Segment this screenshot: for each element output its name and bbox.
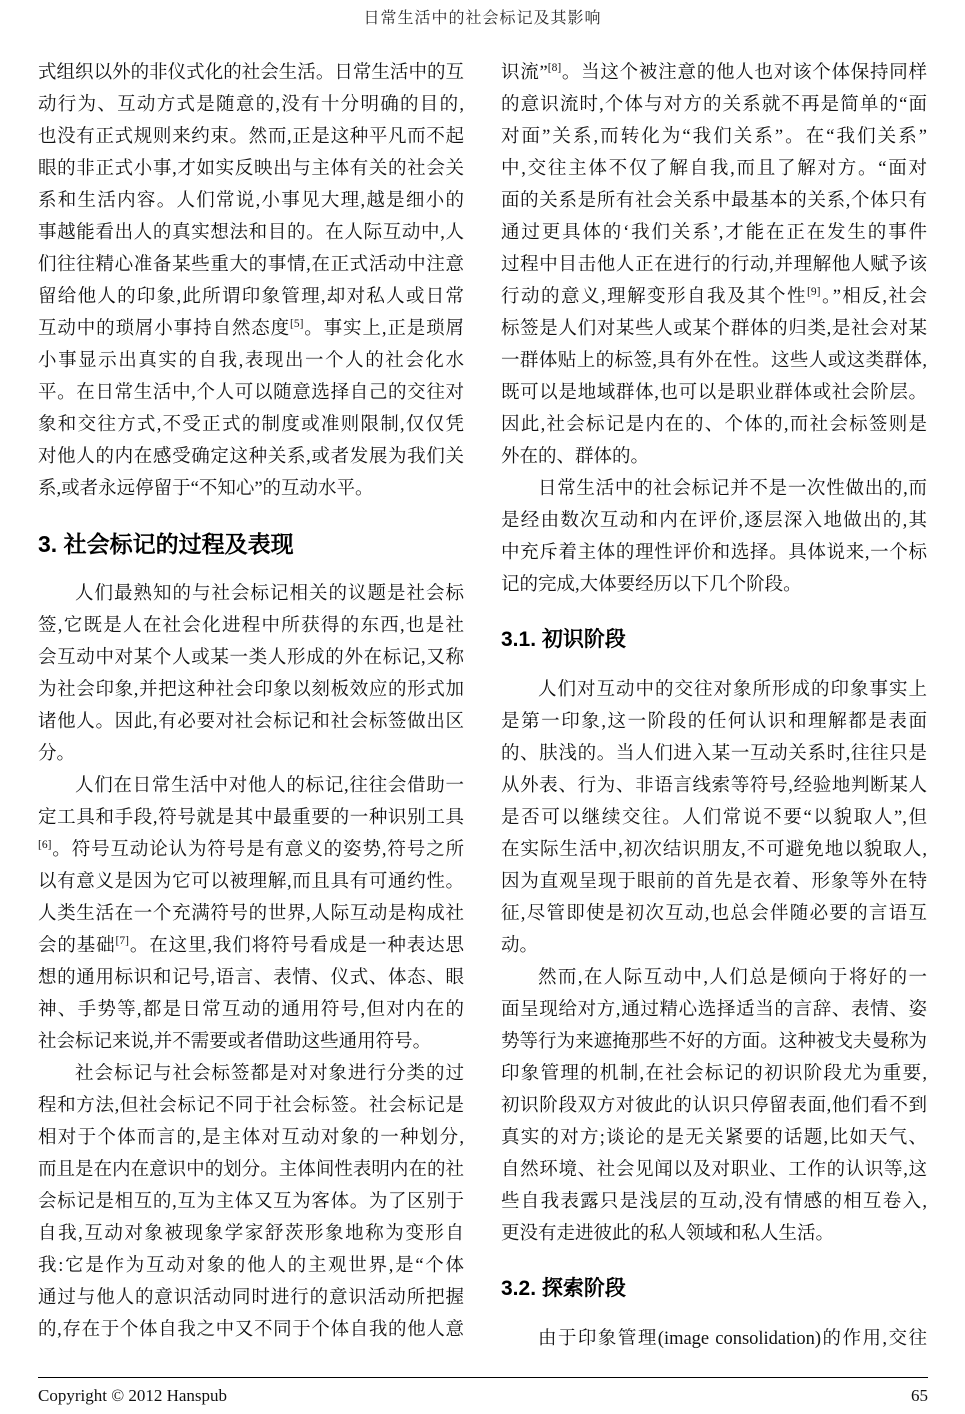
- text-line: 是否可以继续交往。人们常说不要“以貌取人”,但: [501, 802, 927, 834]
- text-line: 式组织以外的非仪式化的社会生活。日常生活中的互: [38, 57, 464, 89]
- text-line: 因此,社会标记是内在的、个体的,而社会标签则是: [501, 409, 927, 441]
- text-line: 中,交往主体不仅了解自我,而且了解对方。“面对: [501, 153, 927, 185]
- text-line: 也没有正式规则来约束。然而,正是这种平凡而不起: [38, 121, 464, 153]
- text-line: 想的通用标识和记号,语言、表情、仪式、体态、眼: [38, 962, 464, 994]
- text-line: 过程中目击他人正在进行的行动,并理解他人赋予该: [501, 249, 927, 281]
- text-line: 系和生活内容。人们常说,小事见大理,越是细小的: [38, 185, 464, 217]
- text-line: 中充斥着主体的理性评价和选择。具体说来,一个标: [501, 537, 927, 569]
- paragraph: 社会标记与社会标签都是对对象进行分类的过程和方法,但社会标记不同于社会标签。社会…: [38, 1058, 464, 1346]
- text-line: 初识阶段双方对彼此的认识只停留表面,他们看不到: [501, 1090, 927, 1122]
- text-line: 通过更具体的‘我们关系’,才能在正在发生的事件: [501, 217, 927, 249]
- text-line: 象和交往方式,不受正式的制度或准则限制,仅仅凭: [38, 409, 464, 441]
- text-line: 通过与他人的意识活动同时进行的意识活动所把握: [38, 1282, 464, 1314]
- text-line: 面呈现给对方,通过精心选择适当的言辞、表情、姿: [501, 994, 927, 1026]
- text-line: 征,尽管即使是初次互动,也总会伴随必要的言语互: [501, 898, 927, 930]
- text-line: 平。在日常生活中,个人可以随意选择自己的交往对: [38, 377, 464, 409]
- text-line: 诸他人。因此,有必要对社会标记和社会标签做出区: [38, 706, 464, 738]
- text-line: 对面”关系,而转化为“我们关系”。在“我们关系”: [501, 121, 927, 153]
- text-line: 在实际生活中,初次结识朋友,不可避免地以貌取人,: [501, 834, 927, 866]
- right-column: 识流”[8]。当这个被注意的他人也对该个体保持同样的意识流时,个体与对方的关系就…: [501, 57, 927, 1355]
- text-line: 会互动中对某个人或某一类人形成的外在标记,又称: [38, 642, 464, 674]
- text-line: 真实的对方;谈论的是无关紧要的话题,比如天气、: [501, 1122, 927, 1154]
- text-line: 眼的非正式小事,才如实反映出与主体有关的社会关: [38, 153, 464, 185]
- text-line: 社会标记来说,并不需要或者借助这些通用符号。: [38, 1026, 464, 1058]
- text-line: 面的关系是所有社会关系中最基本的关系,个体只有: [501, 185, 927, 217]
- text-line: 以有意义是因为它可以被理解,而且具有可通约性。: [38, 866, 464, 898]
- section-heading: 3.1. 初识阶段: [501, 625, 927, 655]
- text-line: 小事显示出真实的自我,表现出一个人的社会化水: [38, 345, 464, 377]
- text-line: 相对于个体而言的,是主体对互动对象的一种划分,: [38, 1122, 464, 1154]
- paragraph: 人们最熟知的与社会标记相关的议题是社会标签,它既是人在社会化进程中所获得的东西,…: [38, 578, 464, 770]
- paragraph: 然而,在人际互动中,人们总是倾向于将好的一面呈现给对方,通过精心选择适当的言辞、…: [501, 962, 927, 1250]
- section-heading: 3. 社会标记的过程及表现: [38, 529, 464, 559]
- text-line: 而且是在内在意识中的划分。主体间性表明内在的社: [38, 1154, 464, 1186]
- text-line: 记的完成,大体要经历以下几个阶段。: [501, 569, 927, 601]
- text-line: 神、手势等,都是日常互动的通用符号,但对内在的: [38, 994, 464, 1026]
- text-line: 势等行为来遮掩那些不好的方面。这种被戈夫曼称为: [501, 1026, 927, 1058]
- paper-page: 日常生活中的社会标记及其影响 式组织以外的非仪式化的社会生活。日常生活中的互动行…: [0, 0, 965, 1414]
- text-line: 更没有走进彼此的私人领域和私人生活。: [501, 1218, 927, 1250]
- text-line: 为社会印象,并把这种社会印象以刻板效应的形式加: [38, 674, 464, 706]
- text-line: 标签是人们对某些人或某个群体的归类,是社会对某: [501, 313, 927, 345]
- paragraph: 日常生活中的社会标记并不是一次性做出的,而是经由数次互动和内在评价,逐层深入地做…: [501, 473, 927, 601]
- citation-ref: [5]: [290, 318, 303, 330]
- paragraph: 人们在日常生活中对他人的标记,往往会借助一定工具和手段,符号就是其中最重要的一种…: [38, 770, 464, 1058]
- text-line: 的,存在于个体自我之中又不同于个体自我的他人意: [38, 1314, 464, 1346]
- text-line: 签,它既是人在社会化进程中所获得的东西,也是社: [38, 610, 464, 642]
- text-line: 印象管理的机制,在社会标记的初识阶段尤为重要,: [501, 1058, 927, 1090]
- left-column: 式组织以外的非仪式化的社会生活。日常生活中的互动行为、互动方式是随意的,没有十分…: [38, 57, 464, 1346]
- paragraph: 由于印象管理(image consolidation)的作用,交往: [501, 1323, 927, 1355]
- text-line: 行动的意义,理解变形自我及其个性[9]。”相反,社会: [501, 281, 927, 313]
- text-line: 识流”[8]。当这个被注意的他人也对该个体保持同样: [501, 57, 927, 89]
- text-line: 人们在日常生活中对他人的标记,往往会借助一: [38, 770, 464, 802]
- page-header-running-title: 日常生活中的社会标记及其影响: [0, 5, 965, 28]
- section-heading: 3.2. 探索阶段: [501, 1274, 927, 1304]
- text-line: 从外表、行为、非语言线索等符号,经验地判断某人: [501, 770, 927, 802]
- text-line: 的意识流时,个体与对方的关系就不再是简单的“面: [501, 89, 927, 121]
- text-line: 由于印象管理(image consolidation)的作用,交往: [501, 1323, 927, 1355]
- footer-copyright: Copyright © 2012 Hanspub: [38, 1386, 227, 1406]
- paragraph: 人们对互动中的交往对象所形成的印象事实上是第一印象,这一阶段的任何认识和理解都是…: [501, 674, 927, 962]
- text-line: [6]。符号互动论认为符号是有意义的姿势,符号之所: [38, 834, 464, 866]
- text-line: 是第一印象,这一阶段的任何认识和理解都是表面: [501, 706, 927, 738]
- text-line: 系,或者永远停留于“不知心”的互动水平。: [38, 473, 464, 505]
- text-line: 因为直观呈现于眼前的首先是衣着、形象等外在特: [501, 866, 927, 898]
- text-line: 既可以是地域群体,也可以是职业群体或社会阶层。: [501, 377, 927, 409]
- text-line: 人类生活在一个充满符号的世界,人际互动是构成社: [38, 898, 464, 930]
- text-line: 社会标记与社会标签都是对对象进行分类的过: [38, 1058, 464, 1090]
- text-line: 分。: [38, 738, 464, 770]
- text-line: 程和方法,但社会标记不同于社会标签。社会标记是: [38, 1090, 464, 1122]
- text-line: 对他人的内在感受确定这种关系,或者发展为我们关: [38, 441, 464, 473]
- paragraph: 识流”[8]。当这个被注意的他人也对该个体保持同样的意识流时,个体与对方的关系就…: [501, 57, 927, 473]
- paragraph: 式组织以外的非仪式化的社会生活。日常生活中的互动行为、互动方式是随意的,没有十分…: [38, 57, 464, 505]
- citation-ref: [9]: [807, 286, 820, 298]
- text-line: 们往往精心准备某些重大的事情,在正式活动中注意: [38, 249, 464, 281]
- text-line: 是经由数次互动和内在评价,逐层深入地做出的,其: [501, 505, 927, 537]
- text-line: 人们对互动中的交往对象所形成的印象事实上: [501, 674, 927, 706]
- text-line: 一群体贴上的标签,具有外在性。这些人或这类群体,: [501, 345, 927, 377]
- text-line: 动。: [501, 930, 927, 962]
- citation-ref: [7]: [116, 935, 129, 947]
- text-line: 自我,互动对象被现象学家舒茨形象地称为变形自: [38, 1218, 464, 1250]
- footer-divider: [38, 1377, 928, 1378]
- text-line: 事越能看出人的真实想法和目的。在人际互动中,人: [38, 217, 464, 249]
- text-line: 自然环境、社会见闻以及对职业、工作的认识等,这: [501, 1154, 927, 1186]
- text-line: 日常生活中的社会标记并不是一次性做出的,而: [501, 473, 927, 505]
- citation-ref: [8]: [548, 62, 561, 74]
- text-line: 的、肤浅的。当人们进入某一互动关系时,往往只是: [501, 738, 927, 770]
- text-line: 动行为、互动方式是随意的,没有十分明确的目的,: [38, 89, 464, 121]
- text-line: 外在的、群体的。: [501, 441, 927, 473]
- text-line: 互动中的琐屑小事持自然态度[5]。事实上,正是琐屑: [38, 313, 464, 345]
- text-line: 会的基础[7]。在这里,我们将符号看成是一种表达思: [38, 930, 464, 962]
- text-line: 会标记是相互的,互为主体又互为客体。为了区别于: [38, 1186, 464, 1218]
- text-line: 然而,在人际互动中,人们总是倾向于将好的一: [501, 962, 927, 994]
- citation-ref: [6]: [38, 839, 51, 851]
- text-line: 些自我表露只是浅层的互动,没有情感的相互卷入,: [501, 1186, 927, 1218]
- text-line: 我:它是作为互动对象的他人的主观世界,是“个体: [38, 1250, 464, 1282]
- text-line: 留给他人的印象,此所谓印象管理,却对私人或日常: [38, 281, 464, 313]
- text-line: 定工具和手段,符号就是其中最重要的一种识别工具: [38, 802, 464, 834]
- footer-page-number: 65: [911, 1386, 928, 1406]
- text-line: 人们最熟知的与社会标记相关的议题是社会标: [38, 578, 464, 610]
